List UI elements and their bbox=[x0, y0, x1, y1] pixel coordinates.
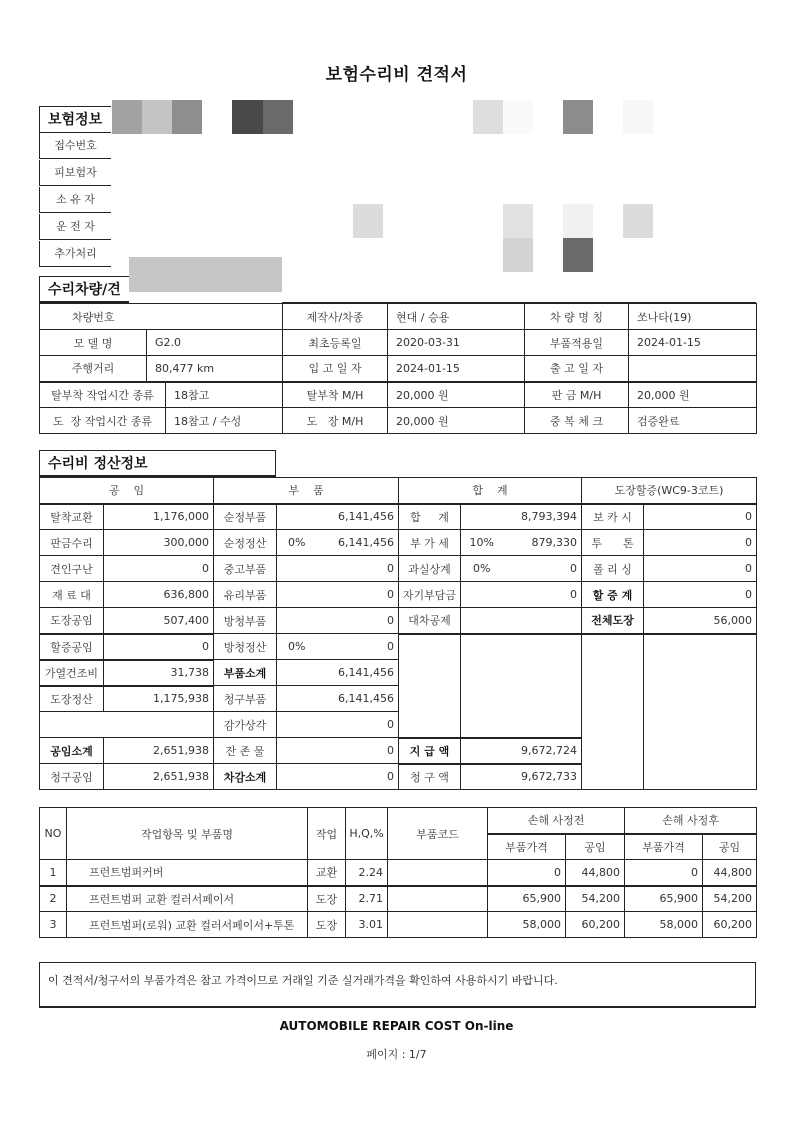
row-item: 프런트범퍼커버 bbox=[67, 860, 308, 886]
total-value: 8,793,394 bbox=[503, 504, 582, 530]
no-header: NO bbox=[40, 808, 67, 860]
row-before-part: 65,900 bbox=[488, 886, 566, 912]
total-pct: 0% bbox=[461, 556, 503, 582]
labor-label: 할증공임 bbox=[40, 634, 104, 660]
labor-label: 가열건조비 bbox=[40, 660, 104, 686]
row-hq: 2.71 bbox=[346, 886, 388, 912]
owner-label: 소 유 자 bbox=[39, 187, 111, 213]
row-part-code bbox=[388, 912, 488, 938]
redacted-block bbox=[112, 100, 142, 134]
row-before-labor: 54,200 bbox=[566, 886, 625, 912]
labor-header: 공 임 bbox=[40, 478, 214, 504]
labor-value: 507,400 bbox=[104, 608, 214, 634]
total-value bbox=[503, 608, 582, 634]
before-part-price-header: 부품가격 bbox=[488, 834, 566, 860]
redacted-block bbox=[503, 238, 533, 272]
parts-pct bbox=[277, 582, 317, 608]
work-header: 작업 bbox=[308, 808, 346, 860]
table-row: 도장공임 507,400 방청부품 0 대차공제 전체도장 56,000 bbox=[40, 608, 757, 634]
total-header: 합 계 bbox=[399, 478, 582, 504]
parts-value: 0 bbox=[317, 634, 399, 660]
table-row: 견인구난 0 중고부품 0 과실상계 0% 0 폴 리 싱 0 bbox=[40, 556, 757, 582]
row-item: 프런트범퍼(로워) 교환 컬러서페이서+투톤 bbox=[67, 912, 308, 938]
driver-label: 운 전 자 bbox=[39, 214, 111, 240]
parts-pct: 0% bbox=[277, 530, 317, 556]
surcharge-label: 투 톤 bbox=[582, 530, 644, 556]
row-after-part: 0 bbox=[625, 860, 703, 886]
row-hq: 2.24 bbox=[346, 860, 388, 886]
row-work: 교환 bbox=[308, 860, 346, 886]
deduction-subtotal-value: 0 bbox=[277, 764, 399, 790]
row-part-code bbox=[388, 860, 488, 886]
parts-pct bbox=[277, 556, 317, 582]
redacted-block bbox=[563, 100, 593, 134]
removal-mh-value: 20,000 원 bbox=[388, 382, 525, 408]
row-hq: 3.01 bbox=[346, 912, 388, 938]
redacted-block bbox=[623, 100, 653, 134]
labor-label: 탈착교환 bbox=[40, 504, 104, 530]
parts-value: 6,141,456 bbox=[317, 504, 399, 530]
first-registration-value: 2020-03-31 bbox=[388, 330, 525, 356]
table-row: 1 프런트범퍼커버 교환 2.24 0 44,800 0 44,800 bbox=[40, 860, 757, 886]
parts-label: 순정부품 bbox=[214, 504, 277, 530]
parts-label: 유리부품 bbox=[214, 582, 277, 608]
labor-value: 0 bbox=[104, 634, 214, 660]
row-part-code bbox=[388, 886, 488, 912]
paint-mh-value: 20,000 원 bbox=[388, 408, 525, 434]
manufacturer-value: 현대 / 승용 bbox=[388, 304, 525, 330]
insured-label: 피보험자 bbox=[39, 160, 111, 186]
sheet-metal-mh-value: 20,000 원 bbox=[629, 382, 757, 408]
parts-apply-date-value: 2024-01-15 bbox=[629, 330, 757, 356]
release-date-value bbox=[629, 356, 757, 382]
paint-worktime-type-label: 도 장 작업시간 종류 bbox=[40, 408, 166, 434]
empty-cell bbox=[399, 634, 461, 738]
total-label: 자기부담금 bbox=[399, 582, 461, 608]
duplicate-check-value: 검증완료 bbox=[629, 408, 757, 434]
total-value: 0 bbox=[503, 582, 582, 608]
surcharge-label: 보 카 시 bbox=[582, 504, 644, 530]
row-after-part: 65,900 bbox=[625, 886, 703, 912]
labor-subtotal-label: 공임소계 bbox=[40, 738, 104, 764]
vehicle-number-value bbox=[147, 304, 283, 330]
redacted-block bbox=[263, 100, 293, 134]
parts-label: 잔 존 물 bbox=[214, 738, 277, 764]
parts-value: 6,141,456 bbox=[277, 660, 399, 686]
total-value: 0 bbox=[503, 556, 582, 582]
paint-worktime-type-value: 18참고 / 수성 bbox=[166, 408, 283, 434]
mileage-value: 80,477 km bbox=[147, 356, 283, 382]
row-no: 3 bbox=[40, 912, 67, 938]
after-adjustment-header: 손해 사정후 bbox=[625, 808, 757, 834]
footer-brand: AUTOMOBILE REPAIR COST On-line bbox=[0, 1019, 793, 1033]
duplicate-check-label: 중 복 체 크 bbox=[525, 408, 629, 434]
entry-date-value: 2024-01-15 bbox=[388, 356, 525, 382]
vehicle-number-label: 차량번호 bbox=[40, 304, 147, 330]
model-name-label: 모 델 명 bbox=[40, 330, 147, 356]
after-labor-header: 공임 bbox=[703, 834, 757, 860]
row-after-labor: 44,800 bbox=[703, 860, 757, 886]
document-title: 보험수리비 견적서 bbox=[0, 60, 793, 85]
surcharge-value: 0 bbox=[644, 530, 757, 556]
payment-amount-value: 9,672,724 bbox=[461, 738, 582, 764]
row-after-part: 58,000 bbox=[625, 912, 703, 938]
first-registration-label: 최초등록일 bbox=[283, 330, 388, 356]
settlement-title: 수리비 정산정보 bbox=[39, 450, 276, 477]
entry-date-label: 입 고 일 자 bbox=[283, 356, 388, 382]
paint-mh-label: 도 장 M/H bbox=[283, 408, 388, 434]
row-after-labor: 54,200 bbox=[703, 886, 757, 912]
labor-value: 2,651,938 bbox=[104, 764, 214, 790]
table-row: 3 프런트범퍼(로워) 교환 컬러서페이서+투톤 도장 3.01 58,000 … bbox=[40, 912, 757, 938]
table-row: 재 료 대 636,800 유리부품 0 자기부담금 0 할 증 계 0 bbox=[40, 582, 757, 608]
parts-pct: 0% bbox=[277, 634, 317, 660]
parts-label: 부품소계 bbox=[214, 660, 277, 686]
empty-cell bbox=[582, 634, 644, 790]
row-before-part: 0 bbox=[488, 860, 566, 886]
deduction-subtotal-label: 차감소계 bbox=[214, 764, 277, 790]
labor-label: 견인구난 bbox=[40, 556, 104, 582]
table-row: 도 장 작업시간 종류 18참고 / 수성 도 장 M/H 20,000 원 중… bbox=[40, 408, 757, 434]
labor-value: 1,175,938 bbox=[104, 686, 214, 712]
before-labor-header: 공임 bbox=[566, 834, 625, 860]
table-row: 판금수리 300,000 순정정산 0% 6,141,456 부 가 세 10%… bbox=[40, 530, 757, 556]
row-before-labor: 44,800 bbox=[566, 860, 625, 886]
work-items-table: NO 작업항목 및 부품명 작업 H,Q,% 부품코드 손해 사정전 손해 사정… bbox=[39, 807, 757, 938]
table-row: 주행거리 80,477 km 입 고 일 자 2024-01-15 출 고 일 … bbox=[40, 356, 757, 382]
labor-value: 1,176,000 bbox=[104, 504, 214, 530]
redacted-block bbox=[473, 100, 503, 134]
labor-label: 도장정산 bbox=[40, 686, 104, 712]
after-part-price-header: 부품가격 bbox=[625, 834, 703, 860]
row-before-part: 58,000 bbox=[488, 912, 566, 938]
surcharge-value: 0 bbox=[644, 504, 757, 530]
table-row: 할증공임 0 방청정산 0% 0 bbox=[40, 634, 757, 660]
labor-label: 판금수리 bbox=[40, 530, 104, 556]
total-value: 879,330 bbox=[503, 530, 582, 556]
redacted-block bbox=[503, 100, 533, 134]
parts-value: 0 bbox=[277, 738, 399, 764]
redacted-block bbox=[142, 100, 172, 134]
insurance-info-title: 보험정보 bbox=[39, 106, 111, 133]
claim-amount-value: 9,672,733 bbox=[461, 764, 582, 790]
row-item: 프런트범퍼 교환 컬러서페이서 bbox=[67, 886, 308, 912]
sheet-metal-mh-label: 판 금 M/H bbox=[525, 382, 629, 408]
parts-value: 6,141,456 bbox=[317, 530, 399, 556]
vehicle-name-value: 쏘나타(19) bbox=[629, 304, 757, 330]
table-row: 모 델 명 G2.0 최초등록일 2020-03-31 부품적용일 2024-0… bbox=[40, 330, 757, 356]
parts-value: 0 bbox=[317, 556, 399, 582]
labor-label: 청구공임 bbox=[40, 764, 104, 790]
table-row: 차량번호 제작사/차종 현대 / 승용 차 량 명 칭 쏘나타(19) bbox=[40, 304, 757, 330]
table-row: 탈착교환 1,176,000 순정부품 6,141,456 합 계 8,793,… bbox=[40, 504, 757, 530]
parts-pct bbox=[277, 504, 317, 530]
empty-cell bbox=[40, 712, 214, 738]
surcharge-value: 56,000 bbox=[644, 608, 757, 634]
price-notice: 이 견적서/청구서의 부품가격은 참고 가격이므로 거래일 기준 실거래가격을 … bbox=[39, 962, 756, 1008]
table-row: 2 프런트범퍼 교환 컬러서페이서 도장 2.71 65,900 54,200 … bbox=[40, 886, 757, 912]
removal-mh-label: 탈부착 M/H bbox=[283, 382, 388, 408]
labor-value: 31,738 bbox=[104, 660, 214, 686]
surcharge-label: 폴 리 싱 bbox=[582, 556, 644, 582]
before-adjustment-header: 손해 사정전 bbox=[488, 808, 625, 834]
parts-label: 감가상각 bbox=[214, 712, 277, 738]
claim-amount-label: 청 구 액 bbox=[399, 764, 461, 790]
total-pct bbox=[461, 608, 503, 634]
page-indicator: 페이지 : 1/7 bbox=[0, 1046, 793, 1062]
labor-value: 636,800 bbox=[104, 582, 214, 608]
surcharge-label: 전체도장 bbox=[582, 608, 644, 634]
total-label: 대차공제 bbox=[399, 608, 461, 634]
parts-apply-date-label: 부품적용일 bbox=[525, 330, 629, 356]
labor-label: 도장공임 bbox=[40, 608, 104, 634]
table-header-row: 공 임 부 품 합 계 도장할증(WC9-3코트) bbox=[40, 478, 757, 504]
hq-header: H,Q,% bbox=[346, 808, 388, 860]
redacted-block bbox=[172, 100, 202, 134]
redacted-block bbox=[623, 204, 653, 238]
parts-label: 청구부품 bbox=[214, 686, 277, 712]
row-no: 1 bbox=[40, 860, 67, 886]
redacted-block bbox=[503, 204, 533, 238]
row-before-labor: 60,200 bbox=[566, 912, 625, 938]
parts-value: 6,141,456 bbox=[277, 686, 399, 712]
parts-label: 순정정산 bbox=[214, 530, 277, 556]
mileage-label: 주행거리 bbox=[40, 356, 147, 382]
redacted-block bbox=[232, 100, 263, 134]
labor-value: 0 bbox=[104, 556, 214, 582]
labor-label: 재 료 대 bbox=[40, 582, 104, 608]
removal-worktime-type-value: 18참고 bbox=[166, 382, 283, 408]
parts-label: 방청정산 bbox=[214, 634, 277, 660]
total-pct: 10% bbox=[461, 530, 503, 556]
vehicle-info-table: 차량번호 제작사/차종 현대 / 승용 차 량 명 칭 쏘나타(19) 모 델 … bbox=[39, 303, 757, 434]
parts-label: 중고부품 bbox=[214, 556, 277, 582]
release-date-label: 출 고 일 자 bbox=[525, 356, 629, 382]
part-code-header: 부품코드 bbox=[388, 808, 488, 860]
table-row: 탈부착 작업시간 종류 18참고 탈부착 M/H 20,000 원 판 금 M/… bbox=[40, 382, 757, 408]
row-work: 도장 bbox=[308, 886, 346, 912]
model-name-value: G2.0 bbox=[147, 330, 283, 356]
additional-processing-label: 추가처리 bbox=[39, 241, 111, 267]
total-label: 과실상계 bbox=[399, 556, 461, 582]
redacted-block bbox=[129, 257, 282, 292]
removal-worktime-type-label: 탈부착 작업시간 종류 bbox=[40, 382, 166, 408]
parts-pct bbox=[277, 608, 317, 634]
vehicle-info-title: 수리차량/견 bbox=[39, 276, 129, 303]
parts-header: 부 품 bbox=[214, 478, 399, 504]
surcharge-value: 0 bbox=[644, 582, 757, 608]
empty-cell bbox=[461, 634, 582, 738]
redacted-block bbox=[563, 204, 593, 238]
payment-amount-label: 지 급 액 bbox=[399, 738, 461, 764]
empty-cell bbox=[644, 634, 757, 790]
redacted-block bbox=[353, 204, 383, 238]
row-work: 도장 bbox=[308, 912, 346, 938]
redacted-block bbox=[563, 238, 593, 272]
manufacturer-label: 제작사/차종 bbox=[283, 304, 388, 330]
row-no: 2 bbox=[40, 886, 67, 912]
vehicle-name-label: 차 량 명 칭 bbox=[525, 304, 629, 330]
parts-label: 방청부품 bbox=[214, 608, 277, 634]
surcharge-label: 할 증 계 bbox=[582, 582, 644, 608]
total-label: 합 계 bbox=[399, 504, 461, 530]
parts-value: 0 bbox=[277, 712, 399, 738]
settlement-table: 공 임 부 품 합 계 도장할증(WC9-3코트) 탈착교환 1,176,000… bbox=[39, 477, 757, 790]
row-after-labor: 60,200 bbox=[703, 912, 757, 938]
parts-value: 0 bbox=[317, 608, 399, 634]
receipt-number-label: 접수번호 bbox=[39, 133, 111, 159]
table-header-row: NO 작업항목 및 부품명 작업 H,Q,% 부품코드 손해 사정전 손해 사정… bbox=[40, 808, 757, 834]
total-pct bbox=[461, 582, 503, 608]
paint-surcharge-header: 도장할증(WC9-3코트) bbox=[582, 478, 757, 504]
parts-value: 0 bbox=[317, 582, 399, 608]
total-label: 부 가 세 bbox=[399, 530, 461, 556]
item-header: 작업항목 및 부품명 bbox=[67, 808, 308, 860]
surcharge-value: 0 bbox=[644, 556, 757, 582]
total-pct bbox=[461, 504, 503, 530]
labor-subtotal-value: 2,651,938 bbox=[104, 738, 214, 764]
labor-value: 300,000 bbox=[104, 530, 214, 556]
